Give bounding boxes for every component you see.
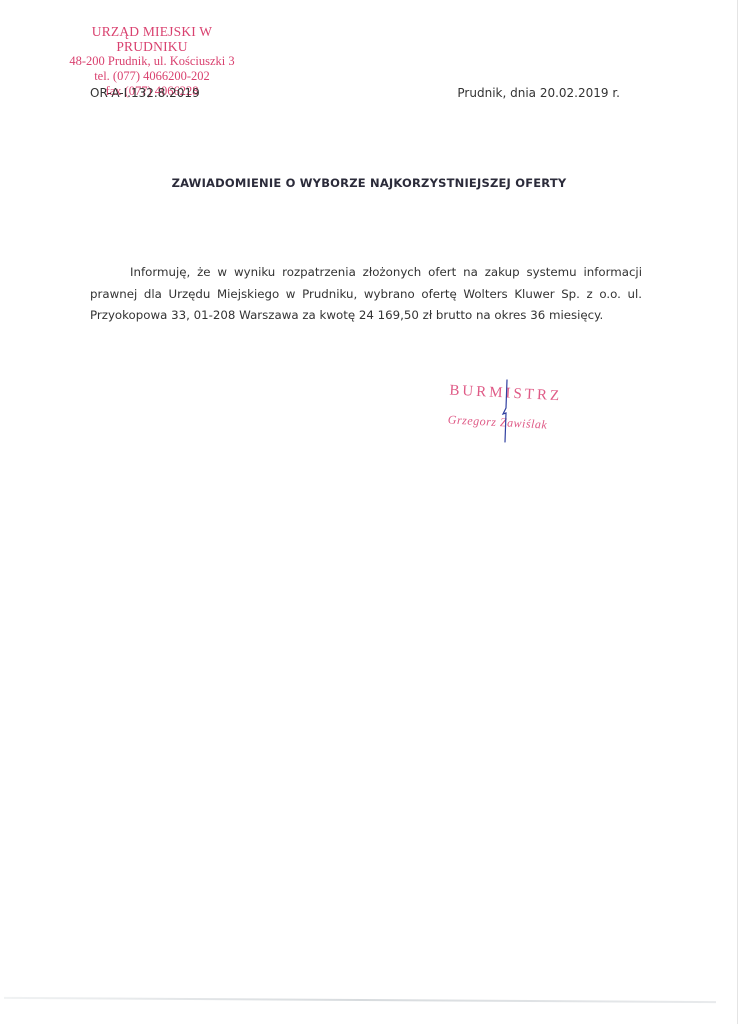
office-address: 48-200 Prudnik, ul. Kościuszki 3 (62, 54, 242, 69)
body-paragraph: Informuję, że w wyniku rozpatrzenia złoż… (90, 262, 642, 327)
reference-number: OR-A-I.132.8.2019 (90, 86, 200, 100)
body-text: Informuję, że w wyniku rozpatrzenia złoż… (90, 265, 642, 322)
office-phone: tel. (077) 4066200-202 (62, 69, 242, 84)
scan-artifact-line (4, 997, 716, 1003)
document-title: ZAWIADOMIENIE O WYBORZE NAJKORZYSTNIEJSZ… (0, 176, 738, 190)
place-and-date: Prudnik, dnia 20.02.2019 r. (457, 86, 620, 100)
handwritten-signature-icon (498, 378, 518, 448)
office-name: URZĄD MIEJSKI W PRUDNIKU (62, 24, 242, 54)
